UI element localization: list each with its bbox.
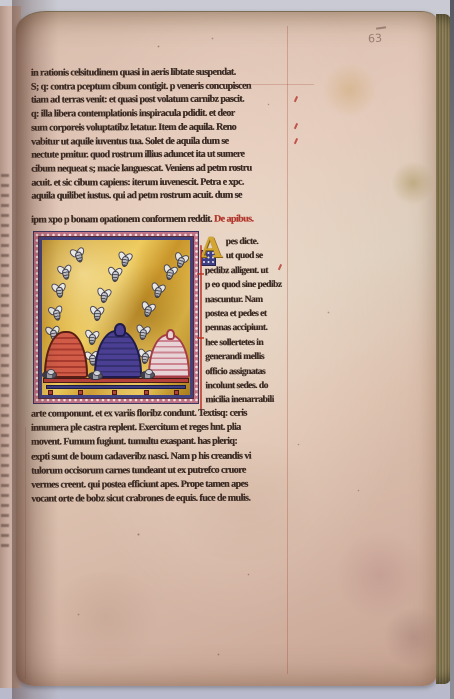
manuscript-line: S; q: contra pceptum cibum contigit. p v…	[31, 79, 301, 94]
manuscript-line: in rationis celsitudinem quasi in aeris …	[31, 65, 301, 80]
bench-foot	[174, 390, 179, 395]
facing-page-text-marks	[1, 174, 9, 554]
bench-foot	[78, 390, 83, 395]
beehive-miniature	[33, 231, 199, 404]
bee-icon	[58, 264, 71, 280]
manuscript-line: incolunt sedes. do	[205, 379, 297, 394]
bee-icon	[70, 247, 84, 263]
crawling-bee-icon	[42, 371, 57, 379]
bee-icon	[136, 324, 149, 340]
parchment-stain	[382, 608, 437, 666]
manuscript-line: sum corporeis voluptatibz letatur. Item …	[31, 120, 301, 135]
manuscript-photo: 63 in rationis celsitudinem quasi in aer…	[0, 0, 454, 699]
manuscript-line: pedibz alligent. ut	[205, 264, 297, 279]
manuscript-line: tiam ad terras venit: et quasi post vola…	[31, 93, 301, 108]
manuscript-page: 63 in rationis celsitudinem quasi in aer…	[16, 11, 437, 686]
manuscript-line: arte componunt. et ex variis floribz con…	[31, 406, 303, 421]
bee-icon	[162, 264, 176, 280]
parchment-stain	[334, 532, 426, 618]
rubric-de-apibus: De apibus.	[214, 214, 254, 225]
bee-icon	[49, 305, 63, 321]
red-pen-flourish	[200, 245, 202, 411]
background-edge	[450, 0, 454, 699]
manuscript-line: pes dicte.	[205, 235, 297, 250]
ruling-line-vertical-left	[25, 427, 26, 679]
column-text-block: pes dicte.ut quod sepedibz alligent. utp…	[205, 235, 298, 408]
parchment-specks	[16, 12, 17, 13]
bee-icon	[97, 287, 110, 302]
folio-pencil-dash	[376, 26, 386, 29]
parchment-stain	[321, 64, 379, 116]
bee-icon	[108, 267, 120, 282]
top-text-block: in rationis celsitudinem quasi in aeris …	[31, 65, 302, 203]
bottom-text-block: arte componunt. et ex variis floribz con…	[31, 406, 303, 507]
bee-icon	[52, 282, 64, 297]
rubric-line: ipm xpo p bonam opationem conformem redd…	[31, 214, 253, 226]
manuscript-line: nascuntur. Nam	[205, 292, 297, 307]
blue-beehive	[94, 330, 142, 378]
bench-foot	[144, 390, 149, 395]
manuscript-line: postea et pedes et	[205, 307, 297, 322]
manuscript-line: movent. Fumum fugiunt. tumultu exaspant.…	[31, 435, 303, 450]
manuscript-line: vabitur ut aquile iuventus tua. Solet de…	[31, 134, 301, 149]
manuscript-line: vocant orte de bobz sicut crabrones de e…	[31, 492, 303, 507]
folio-number: 63	[368, 32, 383, 46]
crawling-bee-icon	[88, 372, 103, 380]
manuscript-line: q: illa libera contemplationis inspiracu…	[31, 107, 301, 122]
manuscript-line: vermes creent. qui postea efficiunt apes…	[31, 477, 303, 492]
bench-foot	[112, 390, 117, 395]
manuscript-line: generandi mellis	[205, 350, 297, 365]
pink-beehive	[148, 334, 190, 378]
manuscript-line: officio assignatas	[205, 364, 297, 379]
manuscript-line: aquila quilibet iustus. qui ad petm rost…	[31, 189, 301, 204]
bee-icon	[85, 329, 97, 344]
parchment-stain	[46, 572, 166, 662]
rubric-line-black: ipm xpo p bonam opationem conformem redd…	[31, 214, 214, 226]
manuscript-line: nectute pmitur. quod rostrum illius adun…	[31, 148, 301, 163]
manuscript-line: p eo quod sine pedibz	[205, 278, 297, 293]
manuscript-line: tulorum occisorum carnes tundeant ut ex …	[31, 463, 303, 478]
manuscript-line: pennas accipiunt.	[205, 321, 297, 336]
manuscript-line: cibum nequeat s; macie languescat. Venie…	[31, 161, 301, 176]
manuscript-line: acuit. et sic cibum capiens: iterum iuve…	[31, 175, 301, 190]
book-fore-edge	[436, 14, 451, 684]
crawling-bee-icon	[140, 371, 155, 379]
bee-icon	[140, 301, 154, 317]
hive-bench-top	[43, 378, 189, 383]
hive-bench-rail	[46, 385, 186, 389]
bench-foot	[48, 390, 53, 395]
manuscript-line: ut quod se	[205, 249, 297, 264]
manuscript-line: innumera ple castra replent. Exercitum e…	[31, 421, 303, 436]
bee-icon	[151, 282, 165, 298]
manuscript-line: expti sunt de boum cadaveribz nasci. Nam…	[31, 449, 303, 464]
parchment-stain	[392, 160, 434, 206]
bee-icon	[118, 251, 131, 267]
manuscript-line: hee sollertetes in	[205, 336, 297, 351]
miniature-gold-background	[42, 240, 190, 395]
bee-icon	[91, 306, 103, 321]
miniature-blue-border	[38, 236, 194, 399]
miniature-pink-border	[34, 232, 198, 403]
